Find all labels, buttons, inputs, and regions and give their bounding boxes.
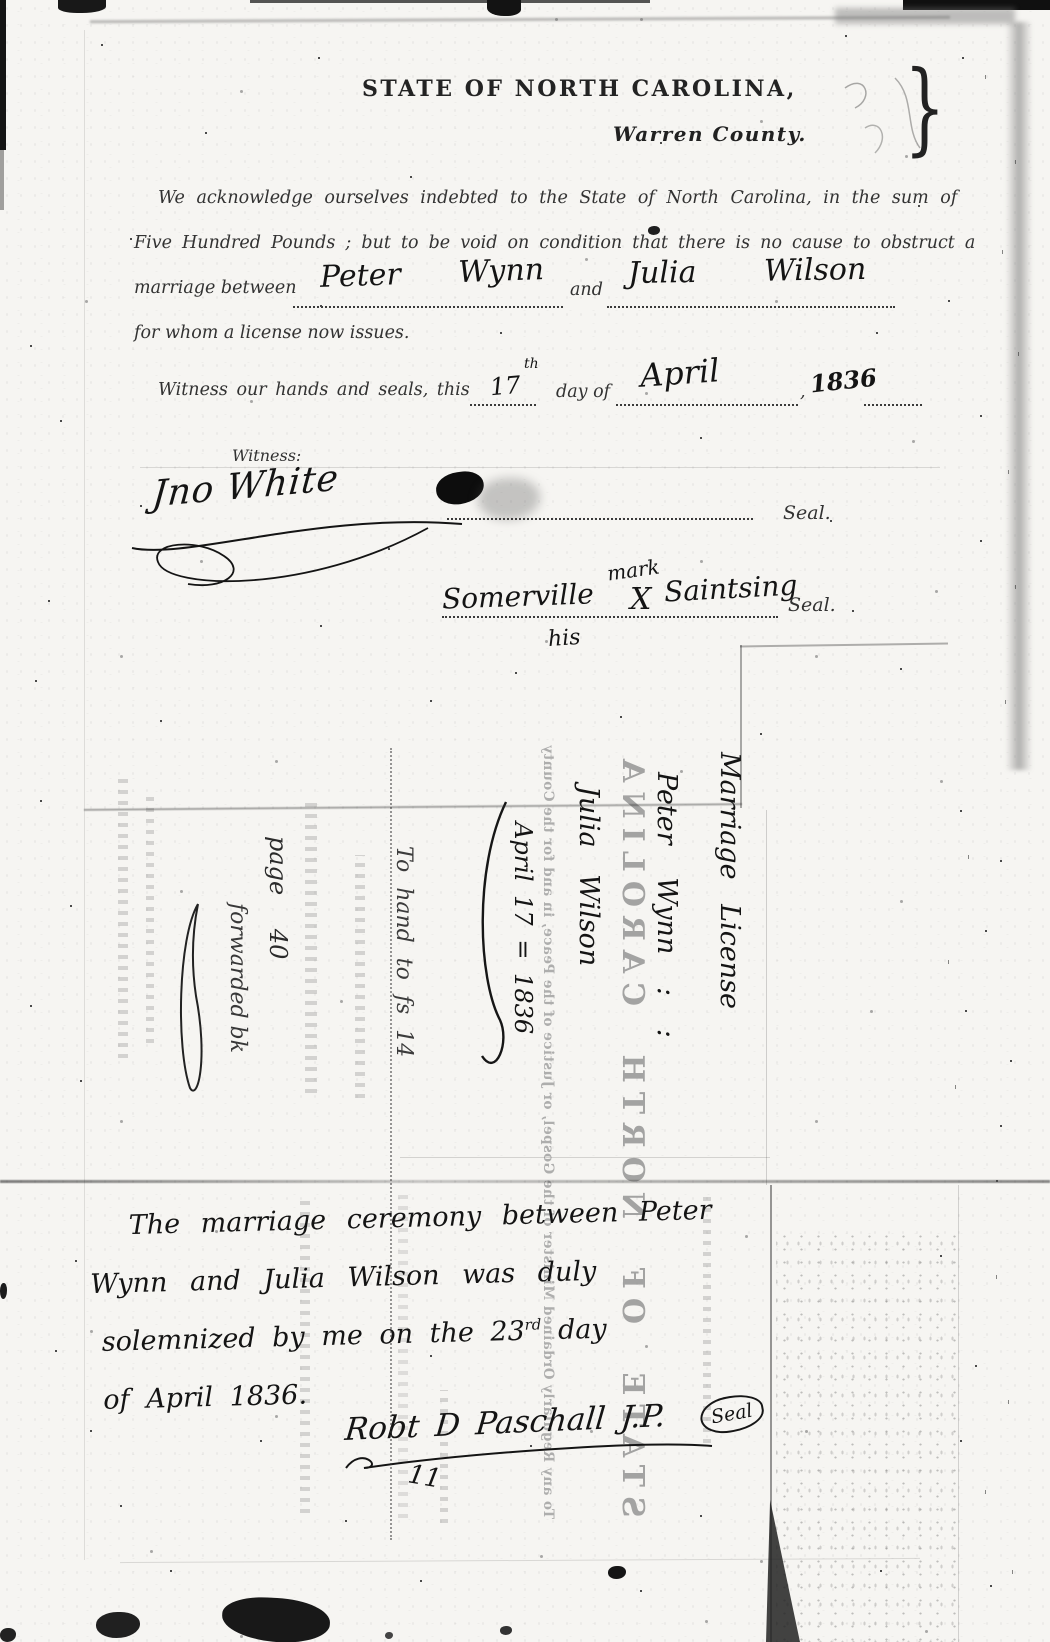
tally-mark: 11 — [406, 1459, 444, 1494]
scan-edge-mark — [608, 1566, 626, 1579]
endorsement-flourish — [470, 798, 514, 1088]
mark-word: mark — [606, 554, 661, 585]
fold-line — [766, 810, 767, 1185]
showthrough-faint-column — [305, 800, 317, 1100]
loop-flourish — [168, 898, 212, 1098]
bond-text-line-3-lead: marriage between — [134, 278, 296, 298]
certification-line-3-lead: solemnized by me on the — [101, 1317, 474, 1358]
scan-edge-left — [0, 150, 4, 210]
signature-underline-flourish — [340, 1438, 720, 1482]
certification-line-3: solemnized by me on the 23rd day — [101, 1314, 607, 1358]
bride-name: Julia Wilson — [628, 252, 867, 291]
dotted-line — [864, 404, 922, 406]
paper-crease — [0, 1180, 1050, 1183]
bond-text-line-4: for whom a license now issues. — [134, 323, 409, 343]
showthrough-faint-column — [146, 790, 154, 1050]
dotted-line — [607, 306, 895, 308]
scan-edge-mark — [221, 1595, 331, 1642]
sheet-edge — [740, 643, 948, 648]
document-title: STATE OF NORTH CAROLINA, — [362, 76, 797, 102]
scan-edge-smudge — [835, 8, 1015, 24]
endorsement-forward-note: forwarded bk — [225, 903, 250, 1053]
scan-edge-left — [0, 0, 6, 150]
paper-crease — [400, 1157, 770, 1158]
certification-day: 23 — [490, 1316, 525, 1348]
bond-text-line-1: We acknowledge ourselves indebted to the… — [158, 188, 957, 208]
page-edge-shadow — [1006, 22, 1032, 770]
scan-edge-mark — [500, 1626, 512, 1635]
ink-smear — [478, 478, 540, 520]
attest-day-of: day of — [556, 382, 610, 402]
signature-flourish — [128, 498, 473, 583]
seal-label-1: Seal. — [783, 502, 831, 524]
attest-month: April — [639, 351, 721, 394]
scan-edge-mark — [58, 0, 106, 13]
endorsement-groom: Peter Wynn : : — [651, 772, 682, 1038]
his-word: his — [547, 625, 581, 652]
paper-crease — [140, 467, 940, 468]
showthrough-faint-column — [118, 775, 128, 1065]
county-name: Warren County. — [613, 122, 807, 146]
certification-day-ordinal: rd — [524, 1315, 541, 1333]
seal-label-2: Seal. — [788, 594, 836, 616]
attest-lead: Witness our hands and seals, this — [158, 380, 470, 400]
paper-fibres — [0, 0, 1, 4]
scanned-marriage-bond: To any Regularly Ordained Minister of th… — [0, 0, 1050, 1642]
certification-line-1: The marriage ceremony between Peter — [128, 1195, 712, 1241]
certification-line-2: Wynn and Julia Wilson was duly — [90, 1256, 597, 1300]
dotted-line — [470, 404, 536, 406]
sheet-edge — [84, 30, 85, 1560]
seal-line-2 — [442, 616, 778, 618]
attest-comma: , — [800, 382, 806, 402]
fold-texture — [776, 1230, 962, 1642]
showthrough-faint-column — [355, 855, 365, 1105]
mark-x: X — [630, 582, 651, 617]
scan-edge-mark — [0, 1283, 7, 1299]
certification-line-3-tail: day — [558, 1314, 607, 1346]
pen-squiggle — [835, 68, 925, 163]
scan-edge-mark — [385, 1632, 393, 1639]
attest-day: 17 — [489, 371, 522, 402]
scan-edge-mark — [487, 0, 521, 16]
dotted-line — [293, 306, 563, 308]
certification-line-4: of April 1836. — [103, 1380, 307, 1416]
saintsing-name: Saintsing — [663, 569, 798, 609]
endorsement-fee-note: To hand to fs 14 — [391, 846, 416, 1057]
dotted-line — [616, 404, 798, 406]
somerville-name: Somerville — [441, 577, 594, 615]
sheet-edge — [740, 645, 742, 808]
endorsement-bride: Julia Wilson — [573, 786, 604, 966]
bond-text-line-2: Five Hundred Pounds ; but to be void on … — [134, 233, 975, 253]
endorsement-page-note: page 40 — [264, 836, 292, 959]
groom-name: Peter Wynn — [319, 252, 544, 295]
attest-day-ordinal: th — [524, 356, 539, 372]
attest-year: 1836 — [809, 363, 878, 399]
seal-line-1 — [447, 518, 753, 520]
scan-edge-top — [250, 0, 650, 3]
stitch-line — [390, 748, 392, 1540]
scan-edge-mark — [0, 1628, 16, 1642]
and-word: and — [570, 280, 603, 300]
torn-edge — [90, 16, 950, 24]
scan-edge-mark — [96, 1612, 140, 1638]
